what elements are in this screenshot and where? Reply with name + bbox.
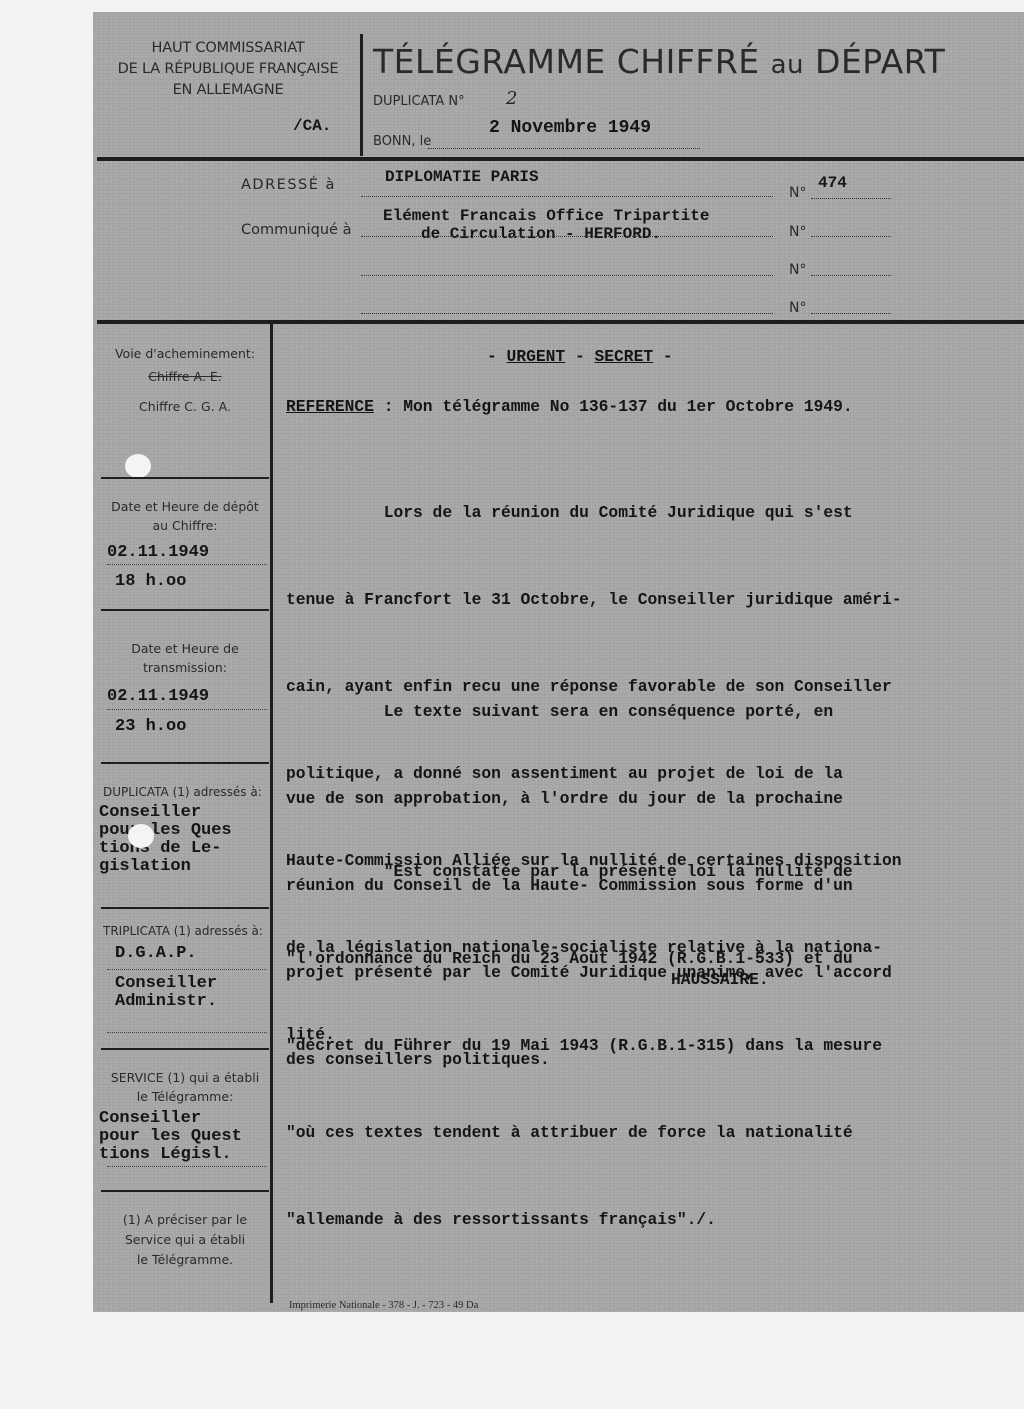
footnote-line-3: le Télégramme. (101, 1250, 269, 1269)
service-label-2: le Télégramme: (101, 1087, 269, 1106)
service-dotted-line (107, 1166, 267, 1167)
no-label-2: N° (789, 224, 806, 240)
p3-line: "l'ordonnance du Reich du 23 Août 1942 (… (286, 944, 882, 973)
duplicata-label: DUPLICATA N° (373, 94, 465, 109)
communique-line-1: Elément Francais Office Tripartite (383, 207, 709, 225)
communique-dotted-line (361, 236, 773, 237)
transmission-dotted-line (107, 709, 267, 710)
p2-line: Le texte suivant sera en conséquence por… (286, 697, 892, 726)
p3-line: "décret du Führer du 19 Mai 1943 (R.G.B.… (286, 1031, 882, 1060)
voie-struck-option: Chiffre A. E. (101, 367, 269, 386)
urgent-marker: URGENT (507, 347, 566, 366)
transmission-label-2: transmission: (101, 658, 269, 677)
duplicata-recipients-label: DUPLICATA (1) adressés à: (103, 783, 271, 802)
service-value: Conseiller pour les Quest tions Législ. (99, 1110, 242, 1164)
issuer-block: HAUT COMMISSARIAT DE LA RÉPUBLIQUE FRANÇ… (93, 38, 363, 101)
address-rule (97, 320, 1024, 324)
date-dotted-line (428, 148, 700, 149)
extra-dotted-line-1 (361, 275, 773, 276)
telegram-form: HAUT COMMISSARIAT DE LA RÉPUBLIQUE FRANÇ… (93, 12, 1024, 1312)
transmission-date: 02.11.1949 (107, 688, 209, 706)
reference-text: : Mon télégramme No 136-137 du 1er Octob… (374, 397, 853, 416)
no-label-3: N° (789, 262, 806, 278)
sidebar-rule-6 (101, 1190, 269, 1192)
sidebar-rule-3 (101, 762, 269, 764)
p1-line: Lors de la réunion du Comité Juridique q… (286, 498, 902, 527)
p1-line: tenue à Francfort le 31 Octobre, le Cons… (286, 585, 902, 614)
punch-hole (128, 824, 154, 848)
no-label-4: N° (789, 300, 806, 316)
place-label: BONN, le (373, 134, 431, 149)
paragraph-3-quote: "Est constatée par la présente loi la nu… (286, 799, 882, 1292)
adresse-value: DIPLOMATIE PARIS (385, 168, 539, 186)
duplicata-number: 2 (506, 88, 517, 109)
issuer-line-3: EN ALLEMAGNE (93, 80, 363, 101)
punch-hole (125, 454, 151, 478)
triplicata-value-2: Conseiller Administr. (115, 975, 217, 1011)
sidebar-rule-5 (101, 1048, 269, 1050)
issuer-line-1: HAUT COMMISSARIAT (93, 38, 363, 59)
transmission-label-1: Date et Heure de (101, 639, 269, 658)
depot-date: 02.11.1949 (107, 544, 209, 562)
no-dotted-line-4 (811, 313, 891, 314)
form-title: TÉLÉGRAMME CHIFFRÉ au DÉPART (373, 42, 945, 81)
issuer-line-2: DE LA RÉPUBLIQUE FRANÇAISE (93, 59, 363, 80)
transmission-time: 23 h.oo (115, 718, 186, 736)
depot-label-1: Date et Heure de dépôt (101, 497, 269, 516)
title-end: DÉPART (815, 42, 945, 81)
sidebar-rule-4 (101, 907, 269, 909)
header-rule (97, 157, 1024, 161)
sidebar-rule-2 (101, 609, 269, 611)
triplicata-value-1: D.G.A.P. (115, 945, 197, 963)
adresse-dotted-line (361, 196, 773, 197)
voie-label: Voie d'acheminement: (101, 344, 269, 363)
sidebar-rule-1 (101, 477, 269, 479)
communique-line-2: de Circulation - HERFORD. (421, 225, 661, 243)
classification-suffix: - (653, 347, 673, 366)
title-small: au (771, 50, 804, 80)
date-value: 2 Novembre 1949 (489, 118, 651, 138)
no-dotted-line-3 (811, 275, 891, 276)
duplicata-recipients-value: Conseiller pour les Ques tions de Le- gi… (99, 804, 232, 876)
printer-imprint: Imprimerie Nationale - 378 - J. - 723 - … (289, 1300, 478, 1311)
footnote-line-2: Service qui a établi (101, 1230, 269, 1249)
no-dotted-line-2 (811, 236, 891, 237)
depot-label-2: au Chiffre: (101, 516, 269, 535)
reference-label: REFERENCE (286, 397, 374, 416)
service-label-1: SERVICE (1) qui a établi (101, 1068, 269, 1087)
triplicata-dotted-line-1 (107, 969, 267, 970)
adresse-label: ADRESSÉ à (241, 177, 336, 193)
secret-marker: SECRET (594, 347, 653, 366)
title-main: TÉLÉGRAMME CHIFFRÉ (373, 42, 760, 81)
voie-value: Chiffre C. G. A. (101, 397, 269, 416)
triplicata-recipients-label: TRIPLICATA (1) adressés à: (103, 922, 271, 941)
sidebar-divider (270, 323, 273, 1303)
p3-line: "Est constatée par la présente loi la nu… (286, 857, 882, 886)
triplicata-dotted-line-2 (107, 1032, 267, 1033)
footnote-line-1: (1) A préciser par le (101, 1210, 269, 1229)
depot-time: 18 h.oo (115, 573, 186, 591)
extra-dotted-line-2 (361, 313, 773, 314)
reference-line: REFERENCE : Mon télégramme No 136-137 du… (286, 392, 853, 421)
classification-prefix: - (487, 347, 507, 366)
telegram-number: 474 (818, 174, 847, 192)
no-dotted-line-1 (811, 198, 891, 199)
header-divider (360, 34, 363, 156)
p3-line: "où ces textes tendent à attribuer de fo… (286, 1118, 882, 1147)
communique-label: Communiqué à (241, 222, 351, 238)
no-label-1: N° (789, 185, 806, 201)
p3-line: "allemande à des ressortissants français… (286, 1205, 882, 1234)
classification: - URGENT - SECRET - (487, 342, 673, 371)
depot-dotted-line (107, 564, 267, 565)
issuer-ref: /CA. (293, 117, 331, 135)
classification-sep: - (565, 347, 594, 366)
signature: HAUSSAIRE. (671, 965, 769, 994)
